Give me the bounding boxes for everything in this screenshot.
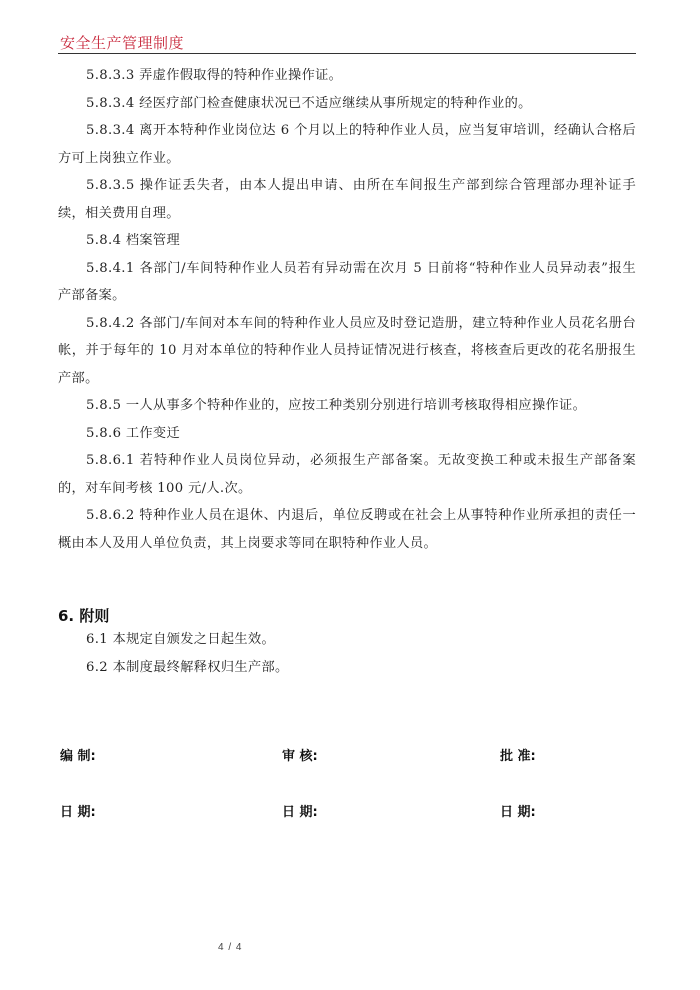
approved-by-label: 批 准: — [500, 745, 536, 764]
section-6-title: 6. 附则 — [58, 605, 109, 626]
paragraph-5-8-6-2: 5.8.6.2 特种作业人员在退休、内退后，单位反聘或在社会上从事特种作业所承担… — [58, 502, 636, 557]
heading-5-8-4: 5.8.4 档案管理 — [58, 227, 636, 255]
section-6-body: 6.1 本规定自颁发之日起生效。 6.2 本制度最终解释权归生产部。 — [58, 626, 636, 681]
paragraph-5-8-6-1: 5.8.6.1 若特种作业人员岗位异动，必须报生产部备案。无故变换工种或未报生产… — [58, 447, 636, 502]
page-header: 安全生产管理制度 — [58, 31, 636, 54]
prepared-by-label: 编 制: — [60, 745, 96, 764]
paragraph-5-8-5: 5.8.5 一人从事多个特种作业的，应按工种类别分别进行培训考核取得相应操作证。 — [58, 392, 636, 420]
paragraph-5-8-3-4b: 5.8.3.4 离开本特种作业岗位达 6 个月以上的特种作业人员，应当复审培训，… — [58, 117, 636, 172]
page-number: 4 / 4 — [218, 942, 242, 953]
signature-row-dates: 日 期: 日 期: 日 期: — [58, 801, 636, 821]
paragraph-5-8-3-4a: 5.8.3.4 经医疗部门检查健康状况已不适应继续从事所规定的特种作业的。 — [58, 90, 636, 118]
paragraph-5-8-4-2: 5.8.4.2 各部门/车间对本车间的特种作业人员应及时登记造册，建立特种作业人… — [58, 310, 636, 393]
prepared-date-label: 日 期: — [60, 801, 96, 820]
document-title: 安全生产管理制度 — [60, 32, 184, 53]
paragraph-6-2: 6.2 本制度最终解释权归生产部。 — [58, 654, 636, 682]
document-body: 5.8.3.3 弄虚作假取得的特种作业操作证。 5.8.3.4 经医疗部门检查健… — [58, 62, 636, 557]
paragraph-5-8-3-5: 5.8.3.5 操作证丢失者，由本人提出申请、由所在车间报生产部到综合管理部办理… — [58, 172, 636, 227]
paragraph-5-8-4-1: 5.8.4.1 各部门/车间特种作业人员若有异动需在次月 5 日前将“特种作业人… — [58, 255, 636, 310]
approved-date-label: 日 期: — [500, 801, 536, 820]
signature-row-roles: 编 制: 审 核: 批 准: — [58, 745, 636, 765]
heading-5-8-6: 5.8.6 工作变迁 — [58, 420, 636, 448]
reviewed-by-label: 审 核: — [282, 745, 318, 764]
paragraph-5-8-3-3: 5.8.3.3 弄虚作假取得的特种作业操作证。 — [58, 62, 636, 90]
paragraph-6-1: 6.1 本规定自颁发之日起生效。 — [58, 626, 636, 654]
reviewed-date-label: 日 期: — [282, 801, 318, 820]
